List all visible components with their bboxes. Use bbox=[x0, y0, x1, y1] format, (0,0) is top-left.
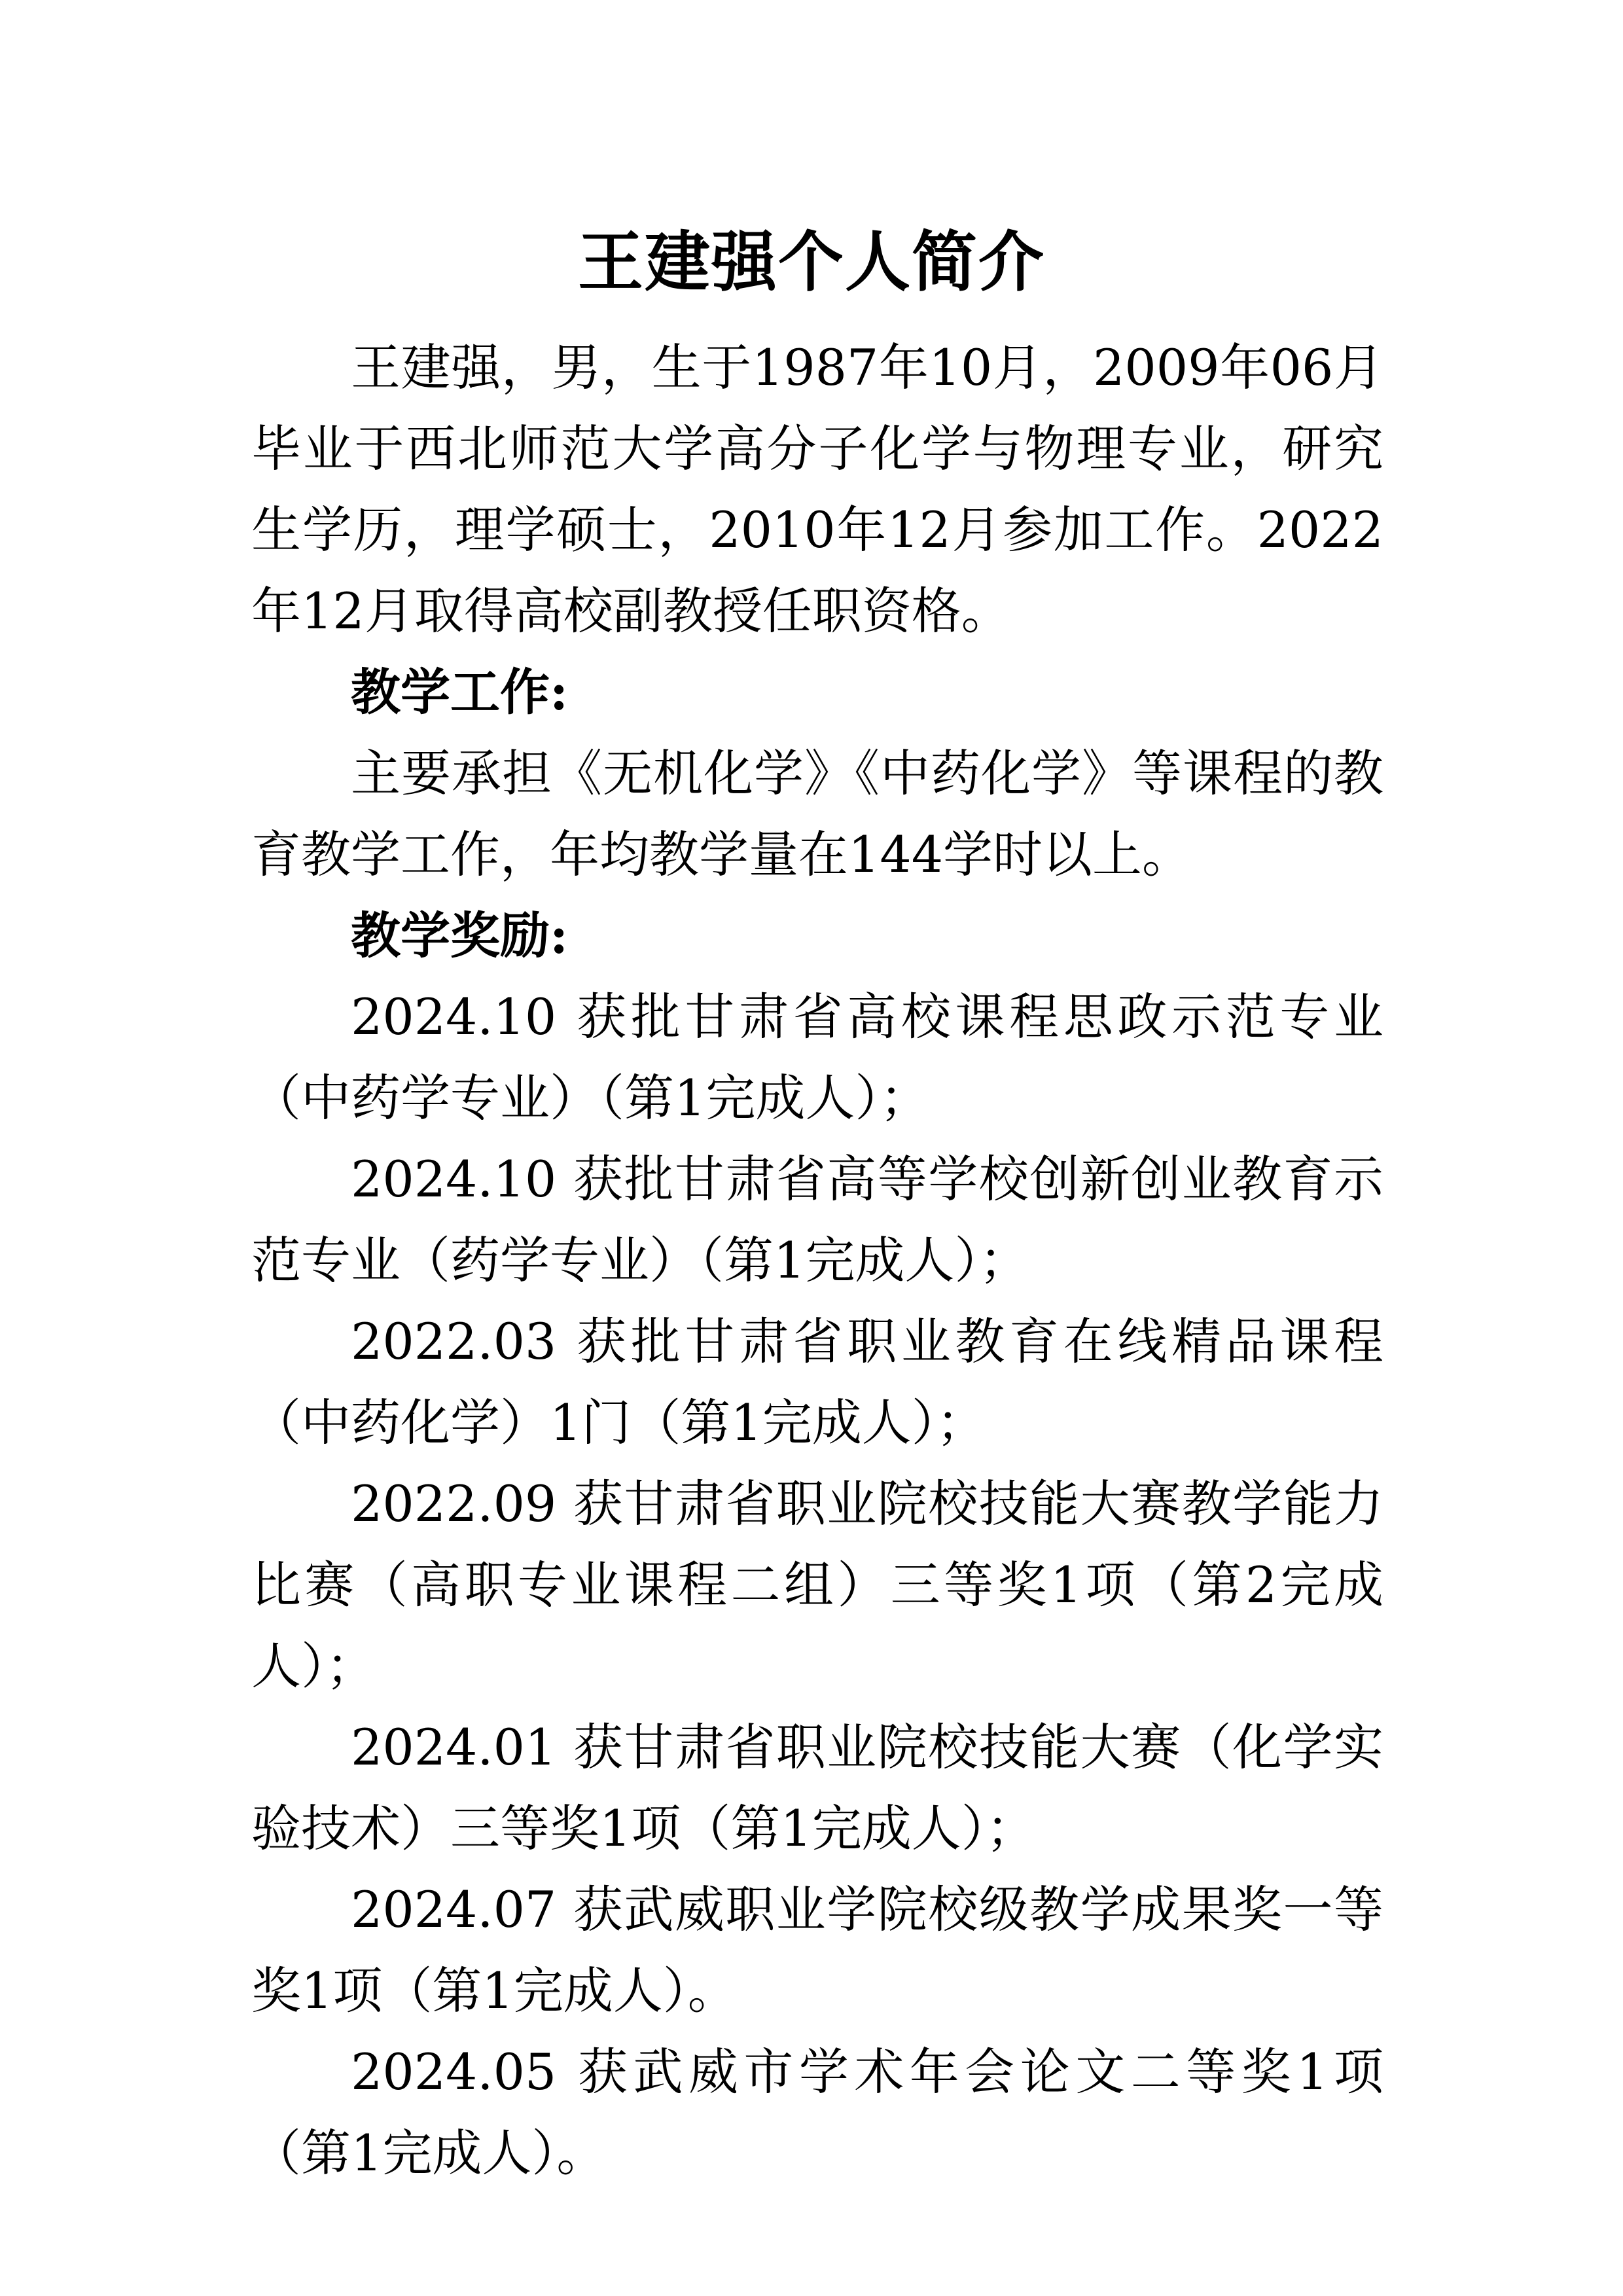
document-title: 王建强个人简介 bbox=[0, 216, 1623, 308]
award-item: 2024.10 获批甘肃省高等学校创新创业教育示范专业（药学专业）（第1完成人）… bbox=[251, 1139, 1383, 1301]
award-item: 2024.01 获甘肃省职业院校技能大赛（化学实验技术）三等奖1项（第1完成人）… bbox=[251, 1707, 1383, 1869]
award-item: 2024.05 获武威市学术年会论文二等奖1项（第1完成人）。 bbox=[251, 2032, 1383, 2194]
intro-paragraph: 王建强，男，生于1987年10月，2009年06月毕业于西北师范大学高分子化学与… bbox=[251, 327, 1383, 652]
award-item: 2022.09 获甘肃省职业院校技能大赛教学能力比赛（高职专业课程二组）三等奖1… bbox=[251, 1463, 1383, 1707]
document-page: 王建强个人简介 王建强，男，生于1987年10月，2009年06月毕业于西北师范… bbox=[0, 0, 1623, 2296]
award-item: 2022.03 获批甘肃省职业教育在线精品课程（中药化学）1门（第1完成人）； bbox=[251, 1301, 1383, 1463]
section-heading-teaching-work: 教学工作: bbox=[251, 652, 1383, 733]
document-body: 王建强，男，生于1987年10月，2009年06月毕业于西北师范大学高分子化学与… bbox=[251, 327, 1383, 2194]
teaching-work-paragraph: 主要承担《无机化学》《中药化学》等课程的教育教学工作，年均教学量在144学时以上… bbox=[251, 733, 1383, 895]
section-heading-teaching-awards: 教学奖励: bbox=[251, 895, 1383, 977]
award-item: 2024.10 获批甘肃省高校课程思政示范专业（中药学专业）（第1完成人）； bbox=[251, 977, 1383, 1139]
award-item: 2024.07 获武威职业学院校级教学成果奖一等奖1项（第1完成人）。 bbox=[251, 1869, 1383, 2032]
